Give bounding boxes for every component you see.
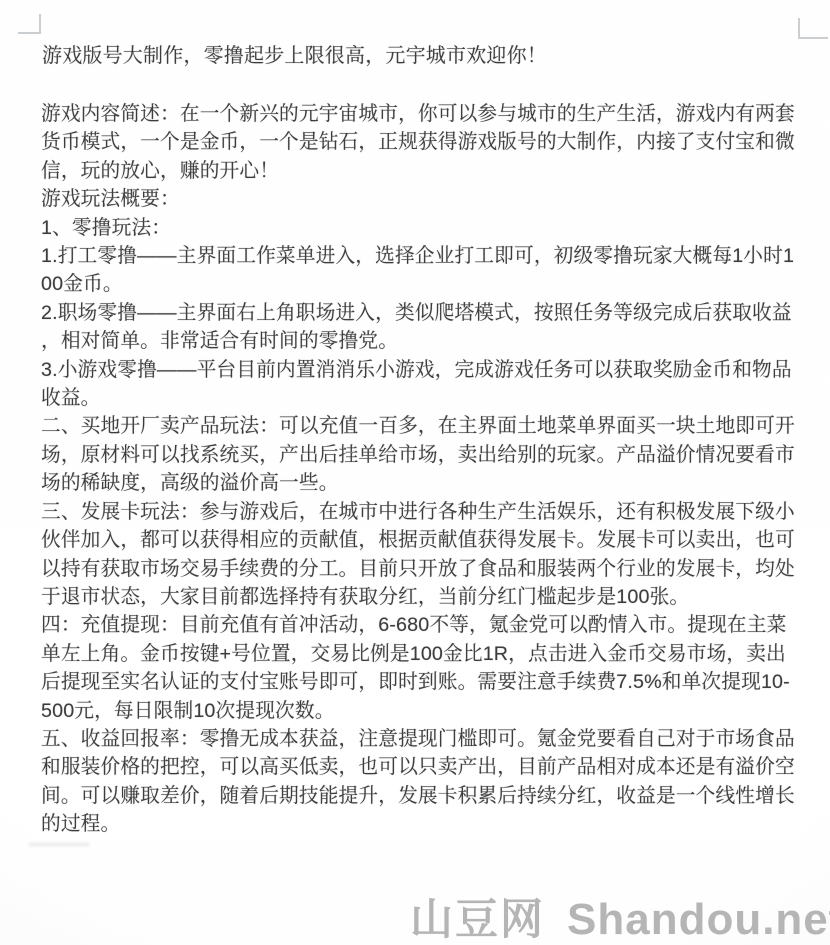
text-line: 二、买地开厂卖产品玩法：可以充值一百多，在主界面土地菜单界面买一块土地即可开: [41, 412, 801, 440]
text-line: 1、零撸玩法：: [41, 214, 801, 242]
watermark-site-name-cjk: 山豆网: [410, 896, 545, 944]
photo-smudge-artifact: [28, 842, 90, 847]
watermark: 山豆网Shandou.net: [410, 886, 830, 945]
document-page: 游戏版号大制作，零撸起步上限很高，元宇城市欢迎你！ 游戏内容简述：在一个新兴的元…: [0, 0, 830, 945]
text-line: 以持有获取市场交易手续费的分工。目前只开放了食品和服装两个行业的发展卡，均处: [41, 555, 801, 583]
margin-corner-mark-top-left: [18, 14, 41, 34]
text-line: 3.小游戏零撸——平台目前内置消消乐小游戏，完成游戏任务可以获取奖励金币和物品: [41, 356, 801, 384]
text-line: 1.打工零撸——主界面工作菜单进入，选择企业打工即可，初级零撸玩家大概每1小时1: [41, 242, 801, 270]
text-line: 500元，每日限制10次提现次数。: [41, 697, 801, 725]
text-line: 后提现至实名认证的支付宝账号即可，即时到账。需要注意手续费7.5%和单次提现10…: [41, 668, 801, 696]
text-line: 信，玩的放心，赚的开心！: [41, 157, 801, 185]
text-line: 间。可以赚取差价，随着后期技能提升，发展卡积累后持续分红，收益是一个线性增长: [41, 782, 801, 810]
text-line: 于退市状态，大家目前都选择持有获取分红，当前分红门槛起步是100张。: [41, 583, 801, 611]
document-body-text: 游戏内容简述：在一个新兴的元宇宙城市，你可以参与城市的生产生活，游戏内有两套货币…: [41, 100, 801, 839]
text-line: 收益。: [41, 384, 801, 412]
watermark-site-name-latin: Shandou.net: [567, 895, 830, 944]
text-line: 五、收益回报率：零撸无成本获益，注意提现门槛即可。氪金党要看自己对于市场食品: [41, 725, 801, 753]
text-line: 和服装价格的把控，可以高买低卖，也可以只卖产出，目前产品相对成本还是有溢价空: [41, 753, 801, 781]
text-line: 场的稀缺度，高级的溢价高一些。: [41, 469, 801, 497]
text-line: 伙伴加入，都可以获得相应的贡献值，根据贡献值获得发展卡。发展卡可以卖出，也可: [41, 526, 801, 554]
text-line: 00金币。: [41, 270, 801, 298]
text-line: 游戏玩法概要：: [41, 185, 801, 213]
text-line: 场，原材料可以找系统买，产出后挂单给市场，卖出给别的玩家。产品溢价情况要看市: [41, 441, 801, 469]
text-line: ，相对简单。非常适合有时间的零撸党。: [41, 327, 801, 355]
text-line: 2.职场零撸——主界面右上角职场进入，类似爬塔模式，按照任务等级完成后获取收益: [41, 299, 801, 327]
text-line: 货币模式，一个是金币，一个是钻石，正规获得游戏版号的大制作，内接了支付宝和微: [41, 128, 801, 156]
margin-corner-mark-top-right: [798, 18, 828, 39]
document-title: 游戏版号大制作，零撸起步上限很高，元宇城市欢迎你！: [42, 42, 547, 70]
text-line: 四：充值提现：目前充值有首冲活动，6-680不等，氪金党可以酌情入市。提现在主菜: [41, 611, 801, 639]
text-line: 游戏内容简述：在一个新兴的元宇宙城市，你可以参与城市的生产生活，游戏内有两套: [41, 100, 801, 128]
text-line: 单左上角。金币按键+号位置，交易比例是100金比1R，点击进入金币交易市场，卖出: [41, 640, 801, 668]
text-line: 的过程。: [41, 810, 801, 838]
text-line: 三、发展卡玩法：参与游戏后，在城市中进行各种生产生活娱乐，还有积极发展下级小: [41, 498, 801, 526]
